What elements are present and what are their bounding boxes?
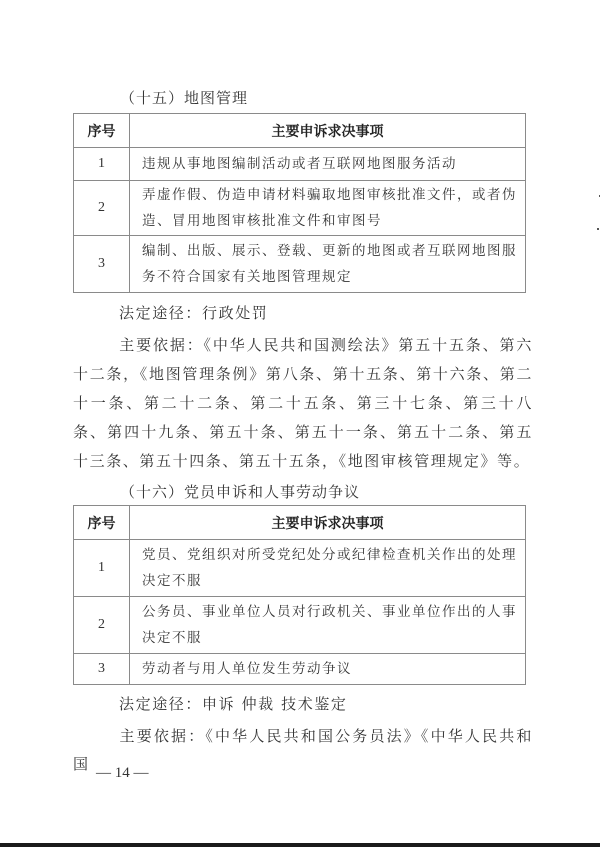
row-text: 劳动者与用人单位发生劳动争议 bbox=[130, 654, 526, 685]
legal-route-paragraph: 法定途径：申诉 仲裁 技术鉴定 bbox=[73, 690, 533, 718]
page-number: — 14 — bbox=[96, 765, 149, 782]
header-matter: 主要申诉求决事项 bbox=[130, 114, 526, 148]
row-text: 违规从事地图编制活动或者互联网地图服务活动 bbox=[130, 148, 526, 181]
document-page: （十五）地图管理 序号 主要申诉求决事项 1 违规从事地图编制活动或者互联网地图… bbox=[0, 0, 600, 847]
legal-route-paragraph: 法定途径：行政处罚 bbox=[73, 299, 533, 327]
table-row: 2 弄虚作假、伪造申请材料骗取地图审核批准文件，或者伪造、冒用地图审核批准文件和… bbox=[74, 181, 526, 236]
table-header-row: 序号 主要申诉求决事项 bbox=[74, 506, 526, 540]
row-number: 1 bbox=[74, 148, 130, 181]
row-text: 公务员、事业单位人员对行政机关、事业单位作出的人事决定不服 bbox=[130, 597, 526, 654]
section-heading-party-personnel-disputes: （十六）党员申诉和人事劳动争议 bbox=[120, 481, 360, 502]
section-heading-map-management: （十五）地图管理 bbox=[120, 87, 248, 108]
scan-mark bbox=[597, 228, 599, 230]
table-row: 1 党员、党组织对所受党纪处分或纪律检查机关作出的处理决定不服 bbox=[74, 540, 526, 597]
table-row: 3 编制、出版、展示、登载、更新的地图或者互联网地图服务不符合国家有关地图管理规… bbox=[74, 236, 526, 293]
table-row: 3 劳动者与用人单位发生劳动争议 bbox=[74, 654, 526, 685]
legal-route-text: 法定途径：申诉 仲裁 技术鉴定 bbox=[119, 695, 348, 713]
table-header-row: 序号 主要申诉求决事项 bbox=[74, 114, 526, 148]
header-seq: 序号 bbox=[74, 114, 130, 148]
table-row: 2 公务员、事业单位人员对行政机关、事业单位作出的人事决定不服 bbox=[74, 597, 526, 654]
scan-bottom-edge bbox=[0, 843, 600, 847]
basis-paragraph: 主要依据：《中华人民共和国测绘法》第五十五条、第六十二条，《地图管理条例》第八条… bbox=[73, 331, 533, 476]
table-row: 1 违规从事地图编制活动或者互联网地图服务活动 bbox=[74, 148, 526, 181]
row-number: 1 bbox=[74, 540, 130, 597]
row-number: 3 bbox=[74, 654, 130, 685]
row-text: 党员、党组织对所受党纪处分或纪律检查机关作出的处理决定不服 bbox=[130, 540, 526, 597]
row-number: 3 bbox=[74, 236, 130, 293]
header-matter: 主要申诉求决事项 bbox=[130, 506, 526, 540]
legal-route-text: 法定途径：行政处罚 bbox=[119, 304, 268, 322]
row-number: 2 bbox=[74, 597, 130, 654]
basis-text: 主要依据：《中华人民共和国测绘法》第五十五条、第六十二条，《地图管理条例》第八条… bbox=[73, 336, 533, 470]
party-personnel-table: 序号 主要申诉求决事项 1 党员、党组织对所受党纪处分或纪律检查机关作出的处理决… bbox=[73, 505, 526, 685]
row-text: 弄虚作假、伪造申请材料骗取地图审核批准文件，或者伪造、冒用地图审核批准文件和审图… bbox=[130, 181, 526, 236]
map-management-table: 序号 主要申诉求决事项 1 违规从事地图编制活动或者互联网地图服务活动 2 弄虚… bbox=[73, 113, 526, 293]
header-seq: 序号 bbox=[74, 506, 130, 540]
row-text: 编制、出版、展示、登载、更新的地图或者互联网地图服务不符合国家有关地图管理规定 bbox=[130, 236, 526, 293]
row-number: 2 bbox=[74, 181, 130, 236]
